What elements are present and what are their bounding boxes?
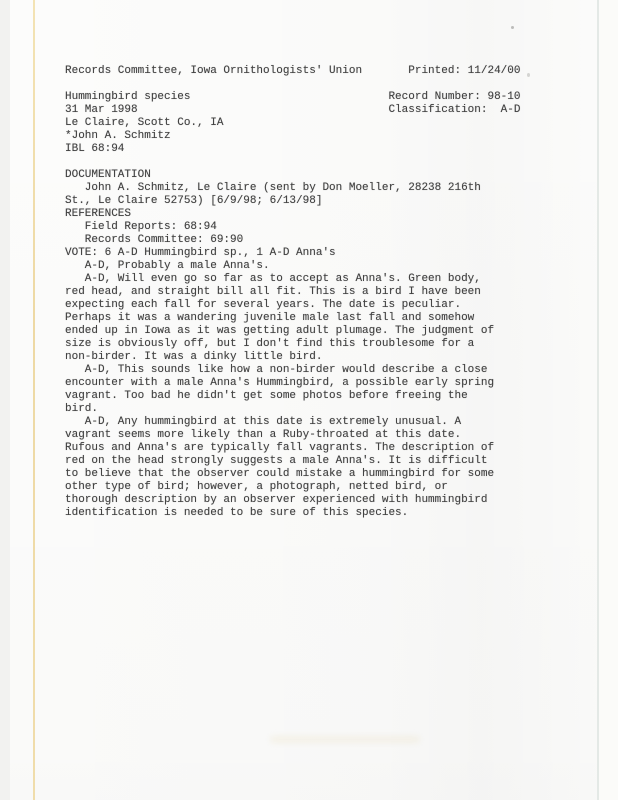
document-line: IBL 68:94 [65, 143, 520, 156]
document-line: vagrant seems more likely than a Ruby-th… [65, 429, 520, 442]
document-line: ended up in Iowa as it was getting adult… [65, 325, 520, 338]
scan-speck [511, 26, 514, 29]
scan-edge-strip [0, 0, 10, 800]
document-line: A-D, Any hummingbird at this date is ext… [65, 416, 520, 429]
document-line: A-D, Will even go so far as to accept as… [65, 273, 520, 286]
document-line: A-D, This sounds like how a non-birder w… [65, 364, 520, 377]
document-line: vagrant. Too bad he didn't get some phot… [65, 390, 520, 403]
document-line: Le Claire, Scott Co., IA [65, 117, 520, 130]
document-line: Records Committee, Iowa Ornithologists' … [65, 65, 520, 78]
document-text: Records Committee, Iowa Ornithologists' … [65, 65, 520, 520]
document-line: 31 Mar 1998 Classification: A-D [65, 104, 520, 117]
document-line: *John A. Schmitz [65, 130, 520, 143]
document-line: St., Le Claire 52753) [6/9/98; 6/13/98] [65, 195, 520, 208]
document-line: non-birder. It was a dinky little bird. [65, 351, 520, 364]
document-line: Rufous and Anna's are typically fall vag… [65, 442, 520, 455]
paper-left-edge-line [33, 0, 35, 800]
document-line: other type of bird; however, a photograp… [65, 481, 520, 494]
document-line: identification is needed to be sure of t… [65, 507, 520, 520]
document-line: red head, and straight bill all fit. Thi… [65, 286, 520, 299]
document-line: VOTE: 6 A-D Hummingbird sp., 1 A-D Anna'… [65, 247, 520, 260]
document-line: REFERENCES [65, 208, 520, 221]
document-line: to believe that the observer could mista… [65, 468, 520, 481]
document-line [65, 156, 520, 169]
document-line: thorough description by an observer expe… [65, 494, 520, 507]
scanned-document-page: Records Committee, Iowa Ornithologists' … [0, 0, 618, 800]
document-line: Hummingbird species Record Number: 98-10 [65, 91, 520, 104]
document-line: A-D, Probably a male Anna's. [65, 260, 520, 273]
document-line: expecting each fall for several years. T… [65, 299, 520, 312]
document-line: bird. [65, 403, 520, 416]
document-line: Records Committee: 69:90 [65, 234, 520, 247]
document-line: encounter with a male Anna's Hummingbird… [65, 377, 520, 390]
document-line: size is obviously off, but I don't find … [65, 338, 520, 351]
document-line: red on the head strongly suggests a male… [65, 455, 520, 468]
document-line: DOCUMENTATION [65, 169, 520, 182]
paper-right-edge-halo [599, 0, 618, 800]
document-line: Field Reports: 68:94 [65, 221, 520, 234]
document-line: Perhaps it was a wandering juvenile male… [65, 312, 520, 325]
scan-smudge [270, 736, 420, 743]
document-line: John A. Schmitz, Le Claire (sent by Don … [65, 182, 520, 195]
scan-speck [527, 73, 530, 77]
document-line [65, 78, 520, 91]
